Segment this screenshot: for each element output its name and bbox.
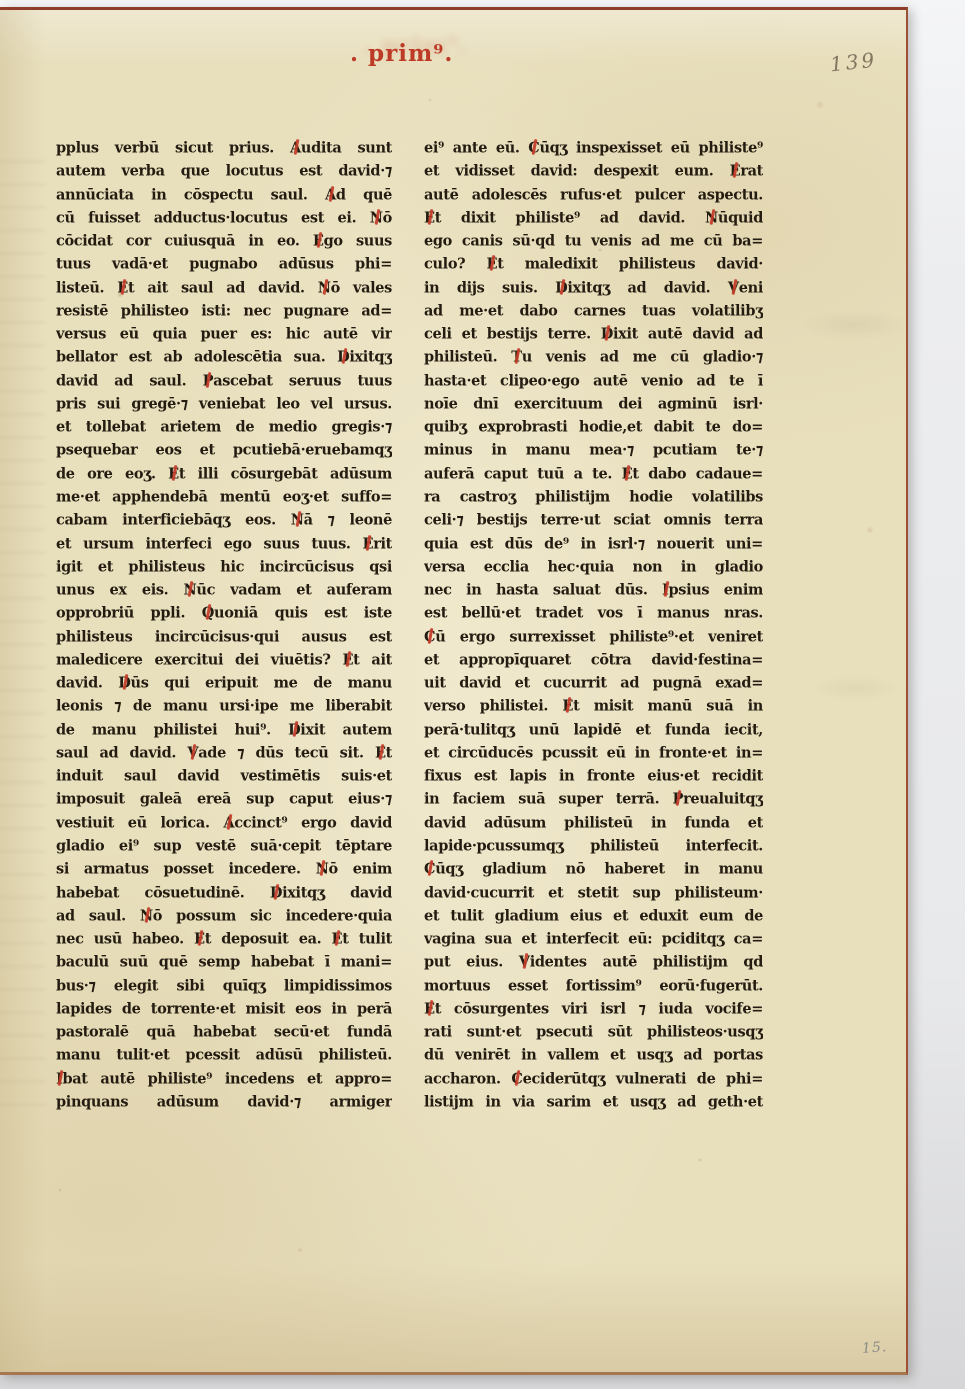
text-line: nec in hasta saluat dūs. Ipsius enim [424, 578, 763, 602]
text-line: de ore eoʒ. Et illi cōsurgebāt adūsum [56, 462, 392, 486]
text-line: versus eū quia puer es: hic autē vir [56, 322, 392, 346]
text-line: david ad saul. Pascebat seruus tuus [56, 369, 392, 393]
text-line: tuus vadā·et pugnabo adūsus phi= [56, 252, 392, 276]
text-line: Cū ergo surrexisset philiste⁹·et veniret [424, 625, 763, 649]
text-line: cū fuisset adductus·locutus est ei. Nō [56, 206, 392, 230]
text-line: fixus est lapis in fronte eius·et recidi… [424, 764, 763, 788]
text-line: mortuus esset fortissim⁹ eorū·fugerūt. [424, 974, 763, 998]
text-line: david·cucurrit et stetit sup philisteum· [424, 881, 763, 905]
text-line: david adūsum philisteū in funda et [424, 811, 763, 835]
text-line: celi et bestijs terre. Dixit autē david … [424, 322, 763, 346]
text-line: psequebar eos et pcutiebā·eruebamqʒ [56, 438, 392, 462]
text-line: baculū suū quē semp habebat ī mani= [56, 950, 392, 974]
text-line: lapides de torrente·et misit eos in perā [56, 997, 392, 1021]
text-line: ei⁹ ante eū. Cūqʒ inspexisset eū philist… [424, 136, 763, 160]
text-line: maledicere exercitui dei viuētis? Et ait [56, 648, 392, 672]
text-line: manu tulit·et pcessit adūsū philisteū. [56, 1043, 392, 1067]
text-line: perā·tulitqʒ unū lapidē et funda iecit, [424, 718, 763, 742]
text-line: igit et philisteus hic incircūcisus qsi [56, 555, 392, 579]
text-line: habebat cōsuetudinē. Dixitqʒ david [56, 881, 392, 905]
text-line: pplus verbū sicut prius. Audita sunt [56, 136, 392, 160]
text-line: listeū. Et ait saul ad david. Nō vales [56, 276, 392, 300]
text-line: imposuit galeā ereā sup caput eius·⁊ [56, 787, 392, 811]
text-line: listijm in via sarim et usqʒ ad geth·et [424, 1090, 763, 1114]
corner-annotation: 15. [861, 1339, 887, 1357]
text-line: cabam interficiebāqʒ eos. Nā ⁊ leonē [56, 508, 392, 532]
text-line: Et dixit philiste⁹ ad david. Nūquid [424, 206, 763, 230]
text-line: uit david et cucurrit ad pugnā exad= [424, 671, 763, 695]
text-line: david. Dūs qui eripuit me de manu [56, 671, 392, 695]
text-line: nec usū habeo. Et deposuit ea. Et tulit [56, 927, 392, 951]
text-line: de manu philistei hui⁹. Dixit autem [56, 718, 392, 742]
text-line: pris sui gregē·⁊ veniebat leo vel ursus. [56, 392, 392, 416]
text-line: in dijs suis. Dixitqʒ ad david. Veni [424, 276, 763, 300]
text-line: lapide·pcussumqʒ philisteū interfecit. [424, 834, 763, 858]
text-line: versa ecclia hec·quia non in gladio [424, 555, 763, 579]
text-column-left: pplus verbū sicut prius. Audita suntaute… [56, 136, 392, 1113]
text-line: saul ad david. Vade ⁊ dūs tecū sit. Et [56, 741, 392, 765]
text-line: ra castroʒ philistijm hodie volatilibs [424, 485, 763, 509]
text-line: rati sunt·et psecuti sūt philisteos·usqʒ [424, 1020, 763, 1044]
text-line: ad me·et dabo carnes tuas volatilibʒ [424, 299, 763, 323]
manuscript-page: . prim⁹. 139 pplus verbū sicut prius. Au… [0, 7, 908, 1375]
text-line: est bellū·et tradet vos ī manus nras. [424, 601, 763, 625]
folio-number: 139 [829, 48, 878, 77]
text-line: gladio ei⁹ sup vestē suā·cepit tēptare [56, 834, 392, 858]
text-column-right: ei⁹ ante eū. Cūqʒ inspexisset eū philist… [424, 136, 763, 1113]
text-line: et circūducēs pcussit eū in fronte·et in… [424, 741, 763, 765]
text-line: unus ex eis. Nūc vadam et auferam [56, 578, 392, 602]
text-line: accharon. Ceciderūtqʒ vulnerati de phi= [424, 1067, 763, 1091]
text-line: verso philistei. Et misit manū suā in [424, 694, 763, 718]
text-line: induit saul david vestimētis suis·et [56, 764, 392, 788]
text-line: ad saul. Nō possum sic incedere·quia [56, 904, 392, 928]
text-line: celi·⁊ bestijs terre·ut sciat omnis terr… [424, 508, 763, 532]
text-line: autē adolescēs rufus·et pulcer aspectu. [424, 183, 763, 207]
margin-stain [810, 675, 900, 701]
text-line: vagina sua et interfecit eū: pciditqʒ ca… [424, 927, 763, 951]
show-through-texture [0, 160, 46, 1120]
text-line: in faciem suā super terrā. Preualuitqʒ [424, 787, 763, 811]
text-line: Cūqʒ gladium nō haberet in manu [424, 857, 763, 881]
text-line: me·et apphendebā mentū eoʒ·et suffo= [56, 485, 392, 509]
text-line: opprobriū ppli. Quoniā quis est iste [56, 601, 392, 625]
text-line: dū venirēt in vallem et usqʒ ad portas [424, 1043, 763, 1067]
text-line: et vidisset david: despexit eum. Erat [424, 159, 763, 183]
text-line: et ursum interfeci ego suus tuus. Erit [56, 532, 392, 556]
text-line: quibʒ exprobrasti hodie,et dabit te do= [424, 415, 763, 439]
text-line: Ibat autē philiste⁹ incedens et appro= [56, 1067, 392, 1091]
text-line: et appropīquaret cōtra david·festina= [424, 648, 763, 672]
text-line: si armatus posset incedere. Nō enim [56, 857, 392, 881]
running-title: . prim⁹. [350, 40, 530, 67]
margin-stain [800, 310, 910, 340]
text-line: bus·⁊ elegit sibi quīqʒ limpidissimos [56, 974, 392, 998]
text-line: leonis ⁊ de manu ursi·ipe me liberabit [56, 694, 392, 718]
text-line: annūciata in cōspectu saul. Ad quē [56, 183, 392, 207]
text-line: bellator est ab adolescētia sua. Dixitqʒ [56, 345, 392, 369]
text-line: philisteus incircūcisus·qui ausus est [56, 625, 392, 649]
text-line: put eius. Videntes autē philistijm qd [424, 950, 763, 974]
text-line: hasta·et clipeo·ego autē venio ad te ī [424, 369, 763, 393]
text-line: et tulit gladium eius et eduxit eum de [424, 904, 763, 928]
text-line: et tollebat arietem de medio gregis·⁊ [56, 415, 392, 439]
text-line: cōcidat cor cuiusquā in eo. Ego suus [56, 229, 392, 253]
text-line: pastoralē quā habebat secū·et fundā [56, 1020, 392, 1044]
text-line: noīe dnī exercituum dei agminū isrl· [424, 392, 763, 416]
text-line: culo? Et maledixit philisteus david· [424, 252, 763, 276]
text-line: philisteū. Tu venis ad me cū gladio·⁊ [424, 345, 763, 369]
text-line: resistē philisteo isti: nec pugnare ad= [56, 299, 392, 323]
text-line: vestiuit eū lorica. Accinct⁹ ergo david [56, 811, 392, 835]
text-line: auferā caput tuū a te. Et dabo cadaue= [424, 462, 763, 486]
text-line: ego canis sū·qd tu venis ad me cū ba= [424, 229, 763, 253]
text-line: minus in manu mea·⁊ pcutiam te·⁊ [424, 438, 763, 462]
text-line: pinquans adūsum david·⁊ armiger [56, 1090, 392, 1114]
text-line: quia est dūs de⁹ in isrl·⁊ nouerit uni= [424, 532, 763, 556]
text-line: Et cōsurgentes viri isrl ⁊ iuda vocife= [424, 997, 763, 1021]
text-line: autem verba que locutus est david·⁊ [56, 159, 392, 183]
